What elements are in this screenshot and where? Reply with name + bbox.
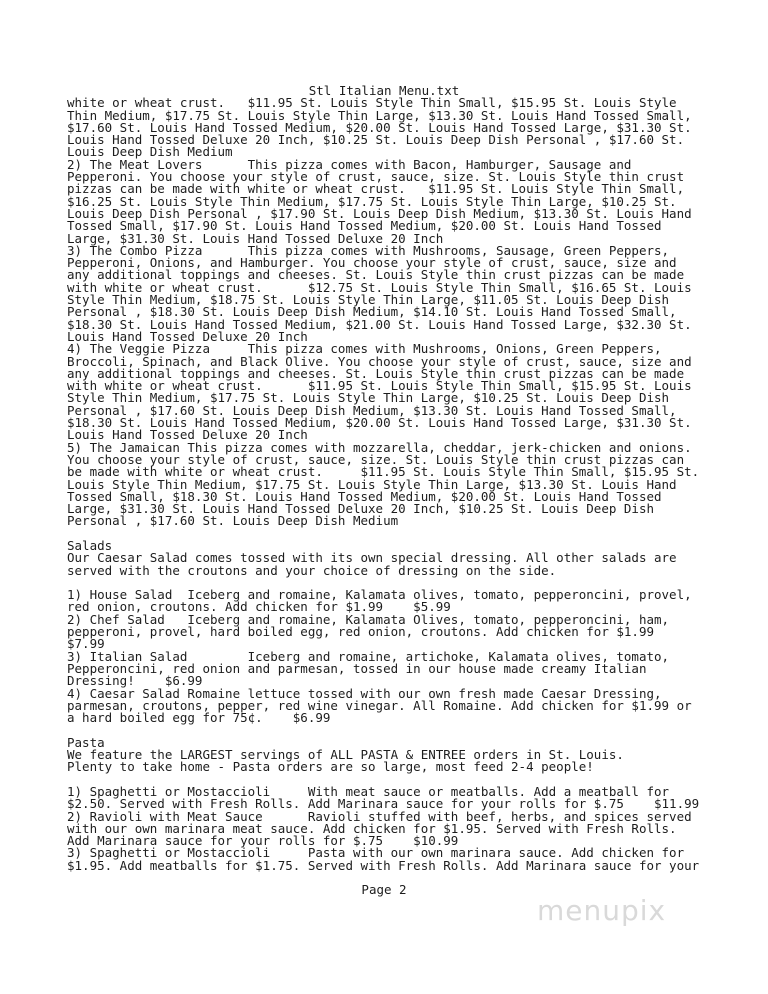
- menu-text-line: [67, 528, 701, 540]
- menu-text-line: Personal , $17.60 St. Louis Deep Dish Me…: [67, 515, 701, 527]
- menu-text-line: $1.95. Add meatballs for $1.75. Served w…: [67, 860, 701, 872]
- menu-text-line: a hard boiled egg for 75¢. $6.99: [67, 712, 701, 724]
- menu-text-line: [67, 724, 701, 736]
- menu-text-line: served with the croutons and your choice…: [67, 565, 701, 577]
- document-page: Stl Italian Menu.txt white or wheat crus…: [0, 0, 768, 994]
- menu-text-line: pepperoni, provel, hard boiled egg, red …: [67, 626, 701, 638]
- text-column: Stl Italian Menu.txt white or wheat crus…: [67, 85, 701, 897]
- menu-text-body: white or wheat crust. $11.95 St. Louis S…: [67, 97, 701, 872]
- menu-text-line: Plenty to take home - Pasta orders are s…: [67, 761, 701, 773]
- menupix-watermark-logo: menupix: [537, 895, 666, 927]
